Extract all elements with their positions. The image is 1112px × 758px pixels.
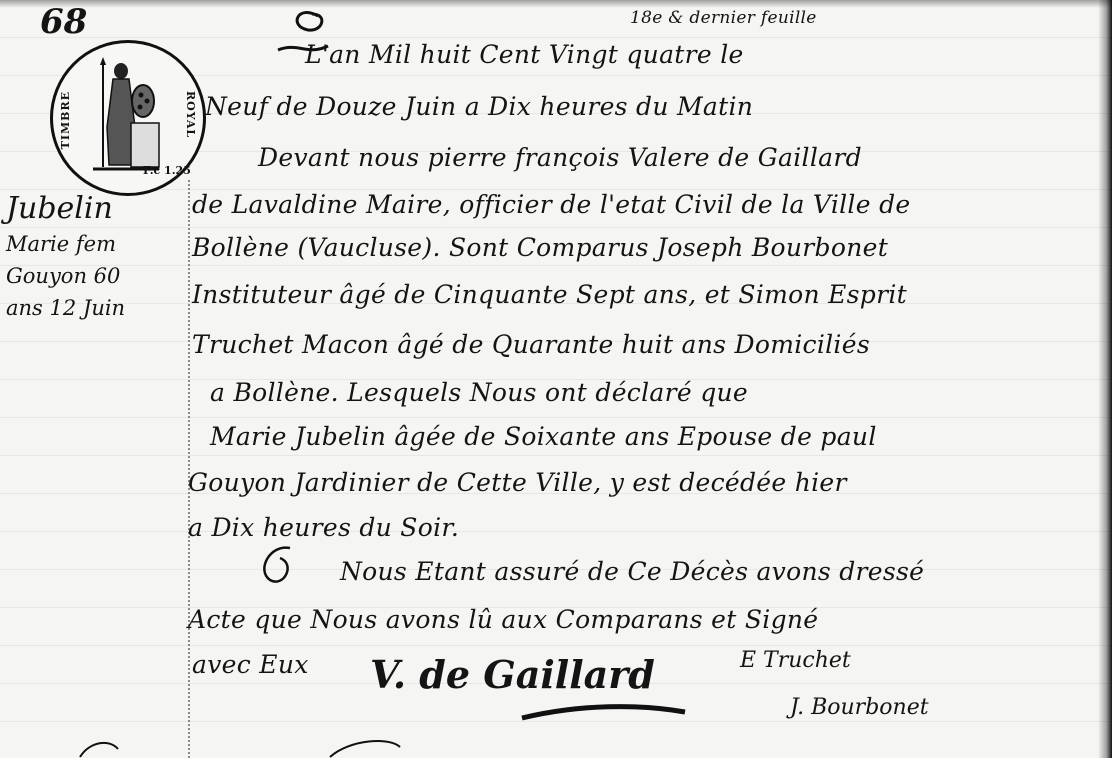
margin-line: Gouyon 60 <box>6 260 186 292</box>
allegorical-figure-with-shield-icon <box>91 57 161 173</box>
header-note: 18e & dernier feuille <box>630 8 817 28</box>
text-line-5: Bollène (Vaucluse). Sont Comparus Joseph… <box>192 233 888 262</box>
text-line-1: L'an Mil huit Cent Vingt quatre le <box>305 40 744 69</box>
folio-number: 68 <box>40 2 87 42</box>
text-line-6: Instituteur âgé de Cinquante Sept ans, e… <box>192 280 907 309</box>
page-right-shadow <box>1098 0 1112 758</box>
text-line-12: Nous Etant assuré de Ce Décès avons dres… <box>340 557 924 586</box>
stamp-left-text: TIMBRE <box>59 91 72 149</box>
text-line-7: Truchet Macon âgé de Quarante huit ans D… <box>192 330 870 359</box>
paragraph-flourish-icon <box>250 540 310 590</box>
stamp-right-text: ROYAL <box>184 91 197 138</box>
text-line-2: Neuf de Douze Juin a Dix heures du Matin <box>205 92 753 121</box>
margin-annotation: Jubelin Marie fem Gouyon 60 ans 12 Juin <box>6 190 186 324</box>
witness-signature-bourbonet: J. Bourbonet <box>790 695 929 720</box>
next-entry-flourish-icon <box>70 735 670 758</box>
text-line-11: a Dix heures du Soir. <box>188 513 459 542</box>
margin-line: Marie fem <box>6 228 186 260</box>
text-line-14: avec Eux <box>192 650 309 679</box>
text-line-13: Acte que Nous avons lû aux Comparans et … <box>188 605 818 634</box>
signature-underline-icon <box>520 700 690 724</box>
text-line-3: Devant nous pierre françois Valere de Ga… <box>258 143 862 172</box>
text-line-4: de Lavaldine Maire, officier de l'etat C… <box>192 190 910 219</box>
margin-line: ans 12 Juin <box>6 292 186 324</box>
text-line-10: Gouyon Jardinier de Cette Ville, y est d… <box>188 468 847 497</box>
text-line-8: a Bollène. Lesquels Nous ont déclaré que <box>210 378 748 407</box>
royal-tax-stamp: TIMBRE ROYAL F.c 1.25 <box>50 40 206 196</box>
text-line-9: Marie Jubelin âgée de Soixante ans Epous… <box>210 422 877 451</box>
witness-signature-truchet: E Truchet <box>740 648 851 673</box>
mayor-signature: V. de Gaillard <box>370 652 655 697</box>
page-top-shadow <box>0 0 1112 8</box>
margin-surname: Jubelin <box>6 190 186 228</box>
register-page: 68 TIMBRE ROYAL F.c 1.25 Jubelin Marie f… <box>0 0 1112 758</box>
stamp-price: F.c 1.25 <box>143 164 191 177</box>
